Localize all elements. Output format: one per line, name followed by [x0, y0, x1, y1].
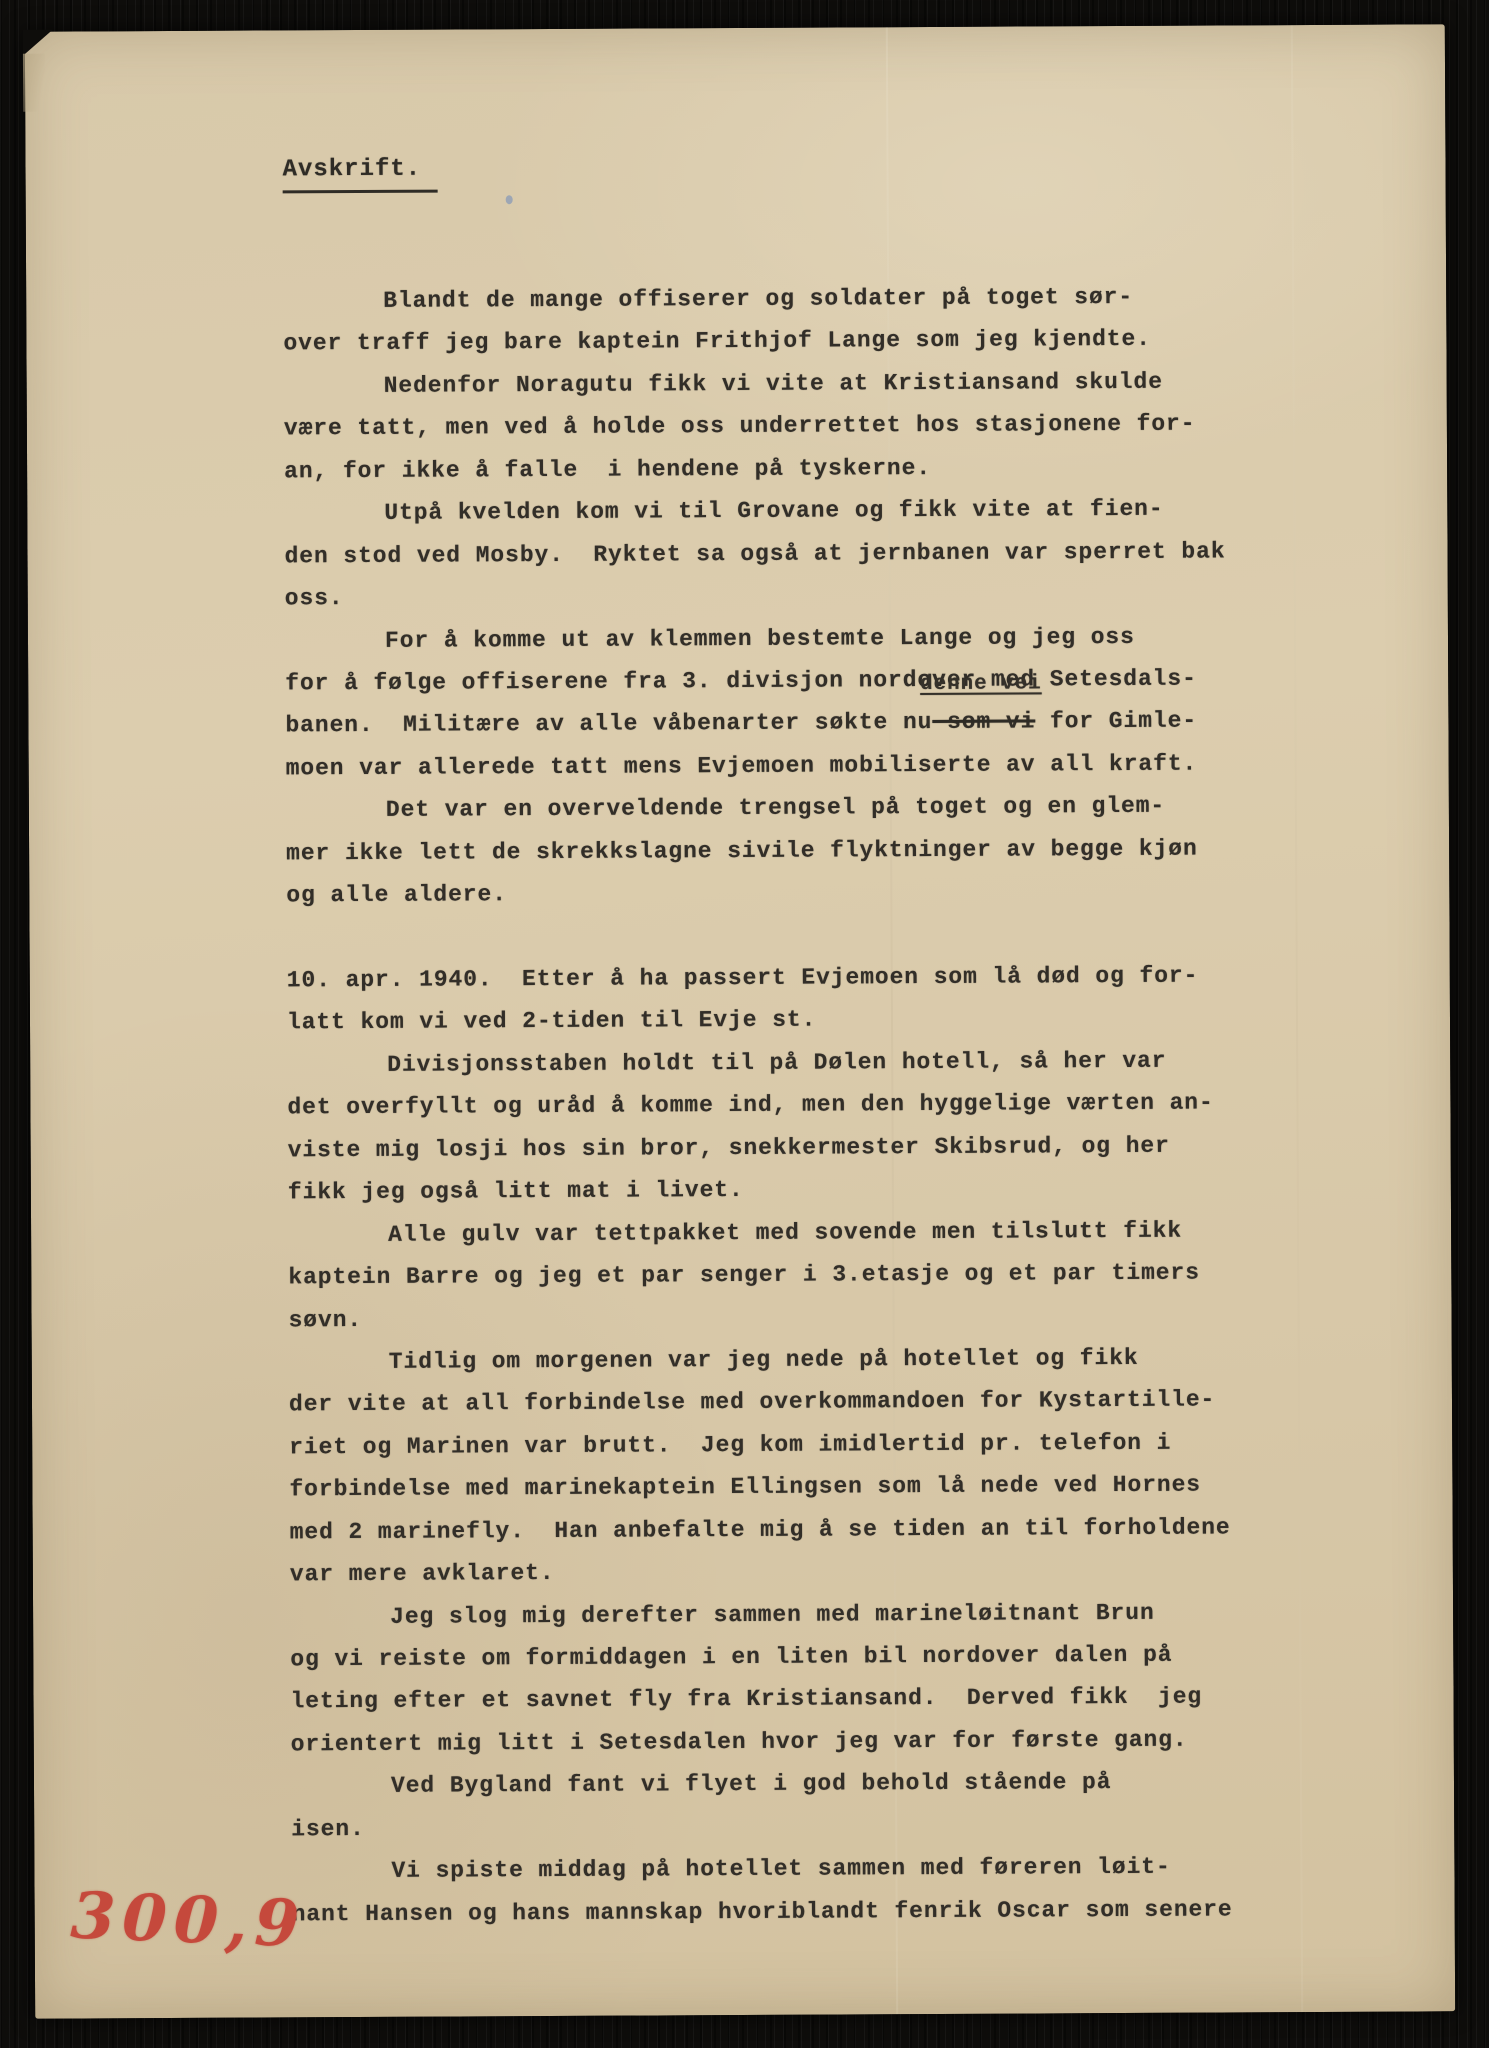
text-line: riet og Marinen var brutt. Jeg kom imidl… [289, 1421, 1309, 1469]
scanned-document-page: { "document": { "heading": "Avskrift.", … [0, 0, 1489, 2048]
text-line: Divisjonsstaben holdt til på Dølen hotel… [287, 1039, 1307, 1087]
text-line: Ved Bygland fant vi flyet i god behold s… [291, 1760, 1311, 1808]
text-line: søvn. [288, 1294, 1308, 1342]
struck-text: som vi [932, 709, 1035, 736]
text-line: og alle aldere. [286, 869, 1306, 917]
text-line: latt kom vi ved 2-tiden til Evje st. [287, 996, 1307, 1044]
line-text: for Gimle- [1035, 708, 1197, 735]
text-line [286, 912, 1306, 960]
text-line: kaptein Barre og jeg et par senger i 3.e… [288, 1251, 1308, 1299]
text-line: der vite at all forbindelse med overkomm… [289, 1378, 1309, 1426]
archival-number-annotation: 300,9 [69, 1878, 307, 1962]
text-line: oss. [285, 572, 1305, 620]
text-line: fikk jeg også litt mat i livet. [288, 1166, 1308, 1214]
text-line: Alle gulv var tettpakket med sovende men… [288, 1209, 1308, 1257]
text-line: leting efter et savnet fly fra Kristians… [290, 1675, 1310, 1723]
text-line: For å komme ut av klemmen bestemte Lange… [285, 615, 1305, 663]
text-line: Vi spiste middag på hotellet sammen med … [291, 1845, 1311, 1893]
text-line: forbindelse med marinekaptein Ellingsen … [289, 1463, 1309, 1511]
text-line: Tidlig om morgenen var jeg nede på hotel… [289, 1336, 1309, 1384]
inserted-correction-text: denne vei [920, 674, 1042, 696]
text-line: for å følge offiserene fra 3. divisjon n… [285, 657, 1305, 705]
text-line: mer ikke lett de skrekkslagne sivile fly… [286, 827, 1306, 875]
text-line: med 2 marinefly. Han anbefalte mig å se … [290, 1506, 1310, 1554]
text-line: Nedenfor Noragutu fikk vi vite at Kristi… [284, 360, 1304, 408]
text-line: Blandt de mange offiserer og soldater på… [283, 275, 1303, 323]
text-line: Utpå kvelden kom vi til Grovane og fikk … [284, 487, 1304, 535]
text-line: viste mig losji hos sin bror, snekkermes… [288, 1124, 1308, 1172]
text-block: Blandt de mange offiserer og soldater på… [283, 275, 1312, 1935]
paper-sheet: Avskrift. Blandt de mange offiserer og s… [25, 24, 1455, 2018]
text-line: Det var en overveldende trengsel på toge… [286, 784, 1306, 832]
text-line: og vi reiste om formiddagen i en liten b… [290, 1633, 1310, 1681]
typed-correction: som videnne vei [932, 701, 1035, 744]
ink-speck [506, 195, 513, 204]
text-line: moen var allerede tatt mens Evjemoen mob… [286, 742, 1306, 790]
document-heading: Avskrift. [282, 156, 437, 194]
paper-corner-fold-shade [23, 54, 45, 112]
text-line: det overfyllt og uråd å komme ind, men d… [287, 1081, 1307, 1129]
text-line: Jeg slog mig derefter sammen med marinel… [290, 1591, 1310, 1639]
text-line: 10. apr. 1940. Etter å ha passert Evjemo… [287, 954, 1307, 1002]
text-line: over traff jeg bare kaptein Frithjof Lan… [283, 317, 1303, 365]
text-line: orientert mig litt i Setesdalen hvor jeg… [291, 1718, 1311, 1766]
text-line: isen. [291, 1803, 1311, 1851]
text-line: banen. Militære av alle våbenarter søkte… [285, 699, 1305, 747]
line-text: banen. Militære av alle våbenarter søkte… [285, 709, 932, 738]
text-line: an, for ikke å falle i hendene på tysker… [284, 445, 1304, 493]
text-line: være tatt, men ved å holde oss underrett… [284, 402, 1304, 450]
text-line: den stod ved Mosby. Ryktet sa også at je… [284, 530, 1304, 578]
text-line: nant Hansen og hans mannskap hvoriblandt… [292, 1888, 1312, 1936]
text-line: var mere avklaret. [290, 1548, 1310, 1596]
paper-corner-fold [23, 30, 53, 56]
